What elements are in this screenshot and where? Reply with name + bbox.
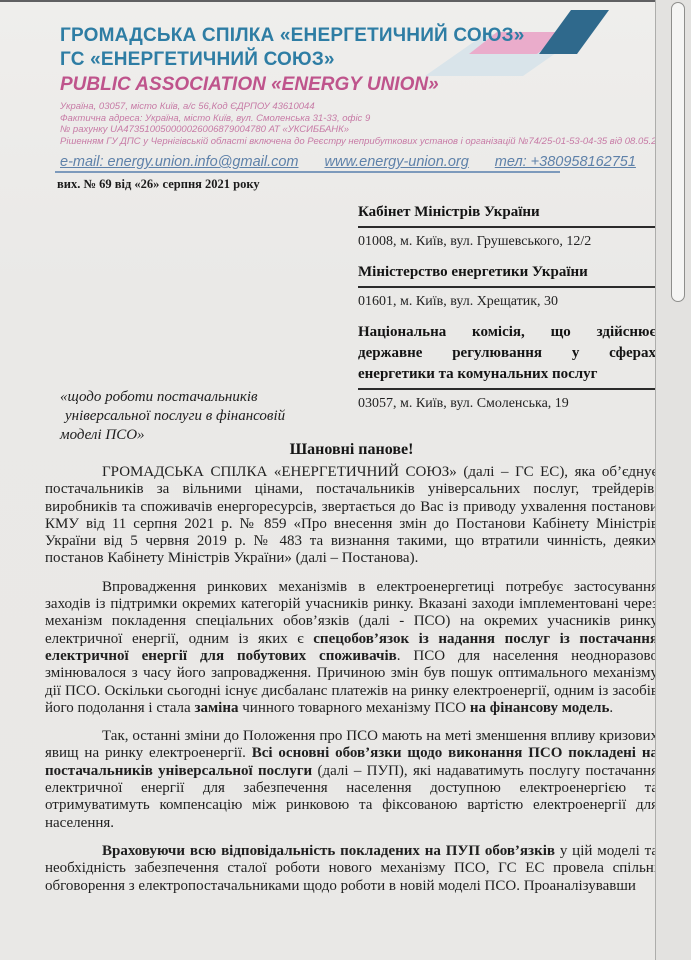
scrollbar-thumb[interactable] [671,2,685,302]
email-text: e-mail: energy.union.info@gmail.com [60,154,299,170]
reference-number: вих. № 69 від «26» серпня 2021 року [57,177,260,192]
org-address-line: Україна, 03057, місто Київ, а/с 56,Код Є… [60,101,660,113]
org-name-uk-line1: ГРОМАДСЬКА СПІЛКА «ЕНЕРГЕТИЧНИЙ СОЮЗ» [60,24,660,48]
recipient-ministry-of-energy: Міністерство енергетики України 01601, м… [358,262,656,310]
contact-row: e-mail: energy.union.info@gmail.com www.… [60,154,660,170]
org-name-en: PUBLIC ASSOCIATION «ENERGY UNION» [60,73,660,96]
scanned-letter-page: ГРОМАДСЬКА СПІЛКА «ЕНЕРГЕТИЧНИЙ СОЮЗ» ГС… [0,0,691,960]
paragraph: Враховуючи всю відповідальність покладен… [45,843,658,895]
recipient-address: 01008, м. Київ, вул. Грушевського, 12/2 [358,233,656,250]
paragraph: Так, останні зміни до Положення про ПСО … [45,728,658,832]
org-address-block: Україна, 03057, місто Київ, а/с 56,Код Є… [60,101,660,147]
recipient-address: 01601, м. Київ, вул. Хрещатик, 30 [358,293,656,310]
letter-body: ГРОМАДСЬКА СПІЛКА «ЕНЕРГЕТИЧНИЙ СОЮЗ» (д… [45,464,658,906]
recipient-address: 03057, м. Київ, вул. Смоленська, 19 [358,395,656,412]
recipients-block: Кабінет Міністрів України 01008, м. Київ… [358,202,656,424]
salutation: Шановні панове! [45,441,658,459]
org-address-line: Рішенням ГУ ДПС у Чернігівській області … [60,136,660,148]
paragraph: Впровадження ринкових механізмів в елект… [45,579,658,717]
subject-line: «щодо роботи постачальників [60,388,300,407]
subject-line: універсальної послуги в фінансовій [60,407,300,426]
phone-text: тел: +380958162751 [495,154,636,170]
recipient-cabinet-of-ministers: Кабінет Міністрів України 01008, м. Київ… [358,202,656,250]
letter-subject: «щодо роботи постачальників універсально… [60,388,300,445]
recipient-national-commission: Національна комісія, що здійснює державн… [358,322,656,412]
header-divider [55,171,560,173]
recipient-title: Кабінет Міністрів України [358,202,656,228]
scan-top-edge [0,0,691,2]
recipient-title: Міністерство енергетики України [358,262,656,288]
org-name-uk-line2: ГС «ЕНЕРГЕТИЧНИЙ СОЮЗ» [60,48,660,72]
letterhead: ГРОМАДСЬКА СПІЛКА «ЕНЕРГЕТИЧНИЙ СОЮЗ» ГС… [60,24,660,170]
paragraph: ГРОМАДСЬКА СПІЛКА «ЕНЕРГЕТИЧНИЙ СОЮЗ» (д… [45,464,658,568]
website-text: www.energy-union.org [325,154,469,170]
org-address-line: № рахунку UA473510050000026006879004780 … [60,124,660,136]
recipient-title: Національна комісія, що здійснює державн… [358,322,656,390]
org-address-line: Фактична адреса: Україна, місто Київ, ву… [60,113,660,125]
